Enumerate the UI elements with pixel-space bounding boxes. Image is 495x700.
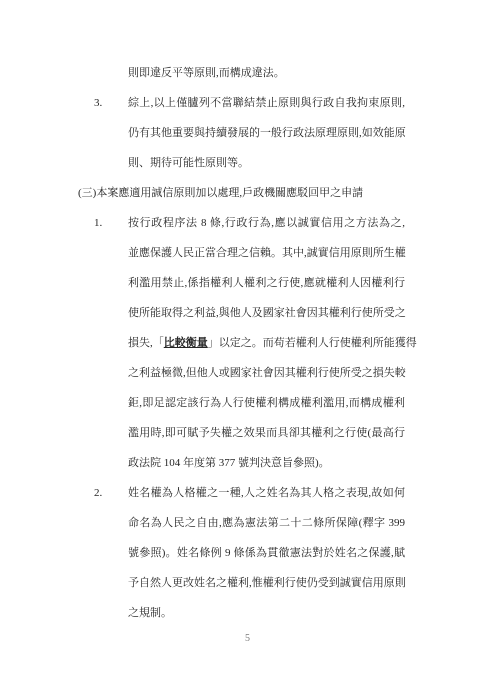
- list-item-number: 2.: [94, 478, 102, 508]
- text-line: 號參照)。姓名條例 9 條係為貫徹憲法對於姓名之保護,賦: [0, 538, 495, 568]
- text-segment: 並應保護人民正當合理之信賴。其中,誠實信用原則所生權: [128, 247, 406, 259]
- line-text: 之規制。: [128, 598, 405, 628]
- text-segment: 綜上,以上僅臚列不當聯結禁止原則與行政自我拘束原則,: [128, 97, 405, 109]
- text-segment: 之規制。: [128, 607, 172, 619]
- text-segment: 政法院 104 年度第 377 號判決意旨參照)。: [128, 457, 330, 469]
- text-line: 損失,「比較衡量」以定之。而苟若權利人行使權利所能獲得: [0, 328, 495, 358]
- text-line: 則、期待可能性原則等。: [0, 148, 495, 178]
- line-text: 予自然人更改姓名之權利,惟權利行使仍受到誠實信用原則: [128, 568, 405, 598]
- line-text: 利濫用禁止,係指權利人權利之行使,應就權利人因權利行: [128, 268, 405, 298]
- text-segment: 則、期待可能性原則等。: [128, 157, 249, 169]
- line-text: 綜上,以上僅臚列不當聯結禁止原則與行政自我拘束原則,: [128, 88, 405, 118]
- section-heading: (三)本案應適用誠信原則加以處理,戶政機關應駁回甲之申請: [0, 178, 495, 208]
- text-segment: 命名為人民之自由,應為憲法第二十二條所保障(釋字 399: [128, 517, 405, 529]
- line-text: 姓名權為人格權之一種,人之姓名為其人格之表現,故如何: [128, 478, 405, 508]
- text-segment: (三)本案應適用誠信原則加以處理,戶政機關應駁回甲之申請: [78, 187, 363, 199]
- list-item-number: 3.: [94, 88, 102, 118]
- text-segment: 濫用時,即可賦予失權之效果而具卻其權利之行使(最高行: [128, 427, 405, 439]
- text-line: 則即違反平等原則,而構成違法。: [0, 58, 495, 88]
- text-segment: 」以定之。而苟若權利人行使權利所能獲得: [208, 337, 417, 349]
- document-body: 則即違反平等原則,而構成違法。3.綜上,以上僅臚列不當聯結禁止原則與行政自我拘束…: [0, 58, 495, 628]
- text-line: 之利益極微,但他人或國家社會因其權利行使所受之損失較: [0, 358, 495, 388]
- emphasized-term: 比較衡量: [164, 337, 208, 349]
- text-line: 濫用時,即可賦予失權之效果而具卻其權利之行使(最高行: [0, 418, 495, 448]
- text-line: 1.按行政程序法 8 條,行政行為,應以誠實信用之方法為之,: [0, 208, 495, 238]
- line-text: 則、期待可能性原則等。: [128, 148, 405, 178]
- text-line: 之規制。: [0, 598, 495, 628]
- line-text: 則即違反平等原則,而構成違法。: [128, 58, 405, 88]
- page-number: 5: [0, 630, 495, 648]
- text-line: 政法院 104 年度第 377 號判決意旨參照)。: [0, 448, 495, 478]
- document-page: 則即違反平等原則,而構成違法。3.綜上,以上僅臚列不當聯結禁止原則與行政自我拘束…: [0, 0, 495, 700]
- line-text: 按行政程序法 8 條,行政行為,應以誠實信用之方法為之,: [128, 208, 405, 238]
- text-line: 命名為人民之自由,應為憲法第二十二條所保障(釋字 399: [0, 508, 495, 538]
- text-line: 並應保護人民正當合理之信賴。其中,誠實信用原則所生權: [0, 238, 495, 268]
- line-text: 之利益極微,但他人或國家社會因其權利行使所受之損失較: [128, 358, 405, 388]
- line-text: 鉅,即足認定該行為人行使權利構成權利濫用,而構成權利: [128, 388, 405, 418]
- text-segment: 利濫用禁止,係指權利人權利之行使,應就權利人因權利行: [128, 277, 405, 289]
- text-line: 2.姓名權為人格權之一種,人之姓名為其人格之表現,故如何: [0, 478, 495, 508]
- line-text: 政法院 104 年度第 377 號判決意旨參照)。: [128, 448, 405, 478]
- text-segment: 姓名權為人格權之一種,人之姓名為其人格之表現,故如何: [128, 487, 405, 499]
- line-text: (三)本案應適用誠信原則加以處理,戶政機關應駁回甲之申請: [78, 178, 495, 208]
- text-segment: 號參照)。姓名條例 9 條係為貫徹憲法對於姓名之保護,賦: [128, 547, 405, 559]
- text-segment: 之利益極微,但他人或國家社會因其權利行使所受之損失較: [128, 367, 406, 379]
- text-segment: 仍有其他重要與持續發展的一般行政法原理原則,如效能原: [128, 127, 406, 139]
- line-text: 號參照)。姓名條例 9 條係為貫徹憲法對於姓名之保護,賦: [128, 538, 405, 568]
- text-line: 鉅,即足認定該行為人行使權利構成權利濫用,而構成權利: [0, 388, 495, 418]
- text-segment: 使所能取得之利益,與他人及國家社會因其權利行使所受之: [128, 307, 406, 319]
- line-text: 使所能取得之利益,與他人及國家社會因其權利行使所受之: [128, 298, 405, 328]
- line-text: 並應保護人民正當合理之信賴。其中,誠實信用原則所生權: [128, 238, 405, 268]
- list-item-number: 1.: [94, 208, 102, 238]
- line-text: 仍有其他重要與持續發展的一般行政法原理原則,如效能原: [128, 118, 405, 148]
- text-segment: 鉅,即足認定該行為人行使權利構成權利濫用,而構成權利: [128, 397, 405, 409]
- line-text: 命名為人民之自由,應為憲法第二十二條所保障(釋字 399: [128, 508, 405, 538]
- text-line: 仍有其他重要與持續發展的一般行政法原理原則,如效能原: [0, 118, 495, 148]
- text-line: 3.綜上,以上僅臚列不當聯結禁止原則與行政自我拘束原則,: [0, 88, 495, 118]
- text-segment: 損失,「: [128, 337, 164, 349]
- text-line: 使所能取得之利益,與他人及國家社會因其權利行使所受之: [0, 298, 495, 328]
- text-line: 利濫用禁止,係指權利人權利之行使,應就權利人因權利行: [0, 268, 495, 298]
- line-text: 損失,「比較衡量」以定之。而苟若權利人行使權利所能獲得: [128, 328, 405, 358]
- text-segment: 則即違反平等原則,而構成違法。: [128, 67, 285, 79]
- text-line: 予自然人更改姓名之權利,惟權利行使仍受到誠實信用原則: [0, 568, 495, 598]
- text-segment: 予自然人更改姓名之權利,惟權利行使仍受到誠實信用原則: [128, 577, 406, 589]
- text-segment: 按行政程序法 8 條,行政行為,應以誠實信用之方法為之,: [128, 217, 405, 229]
- line-text: 濫用時,即可賦予失權之效果而具卻其權利之行使(最高行: [128, 418, 405, 448]
